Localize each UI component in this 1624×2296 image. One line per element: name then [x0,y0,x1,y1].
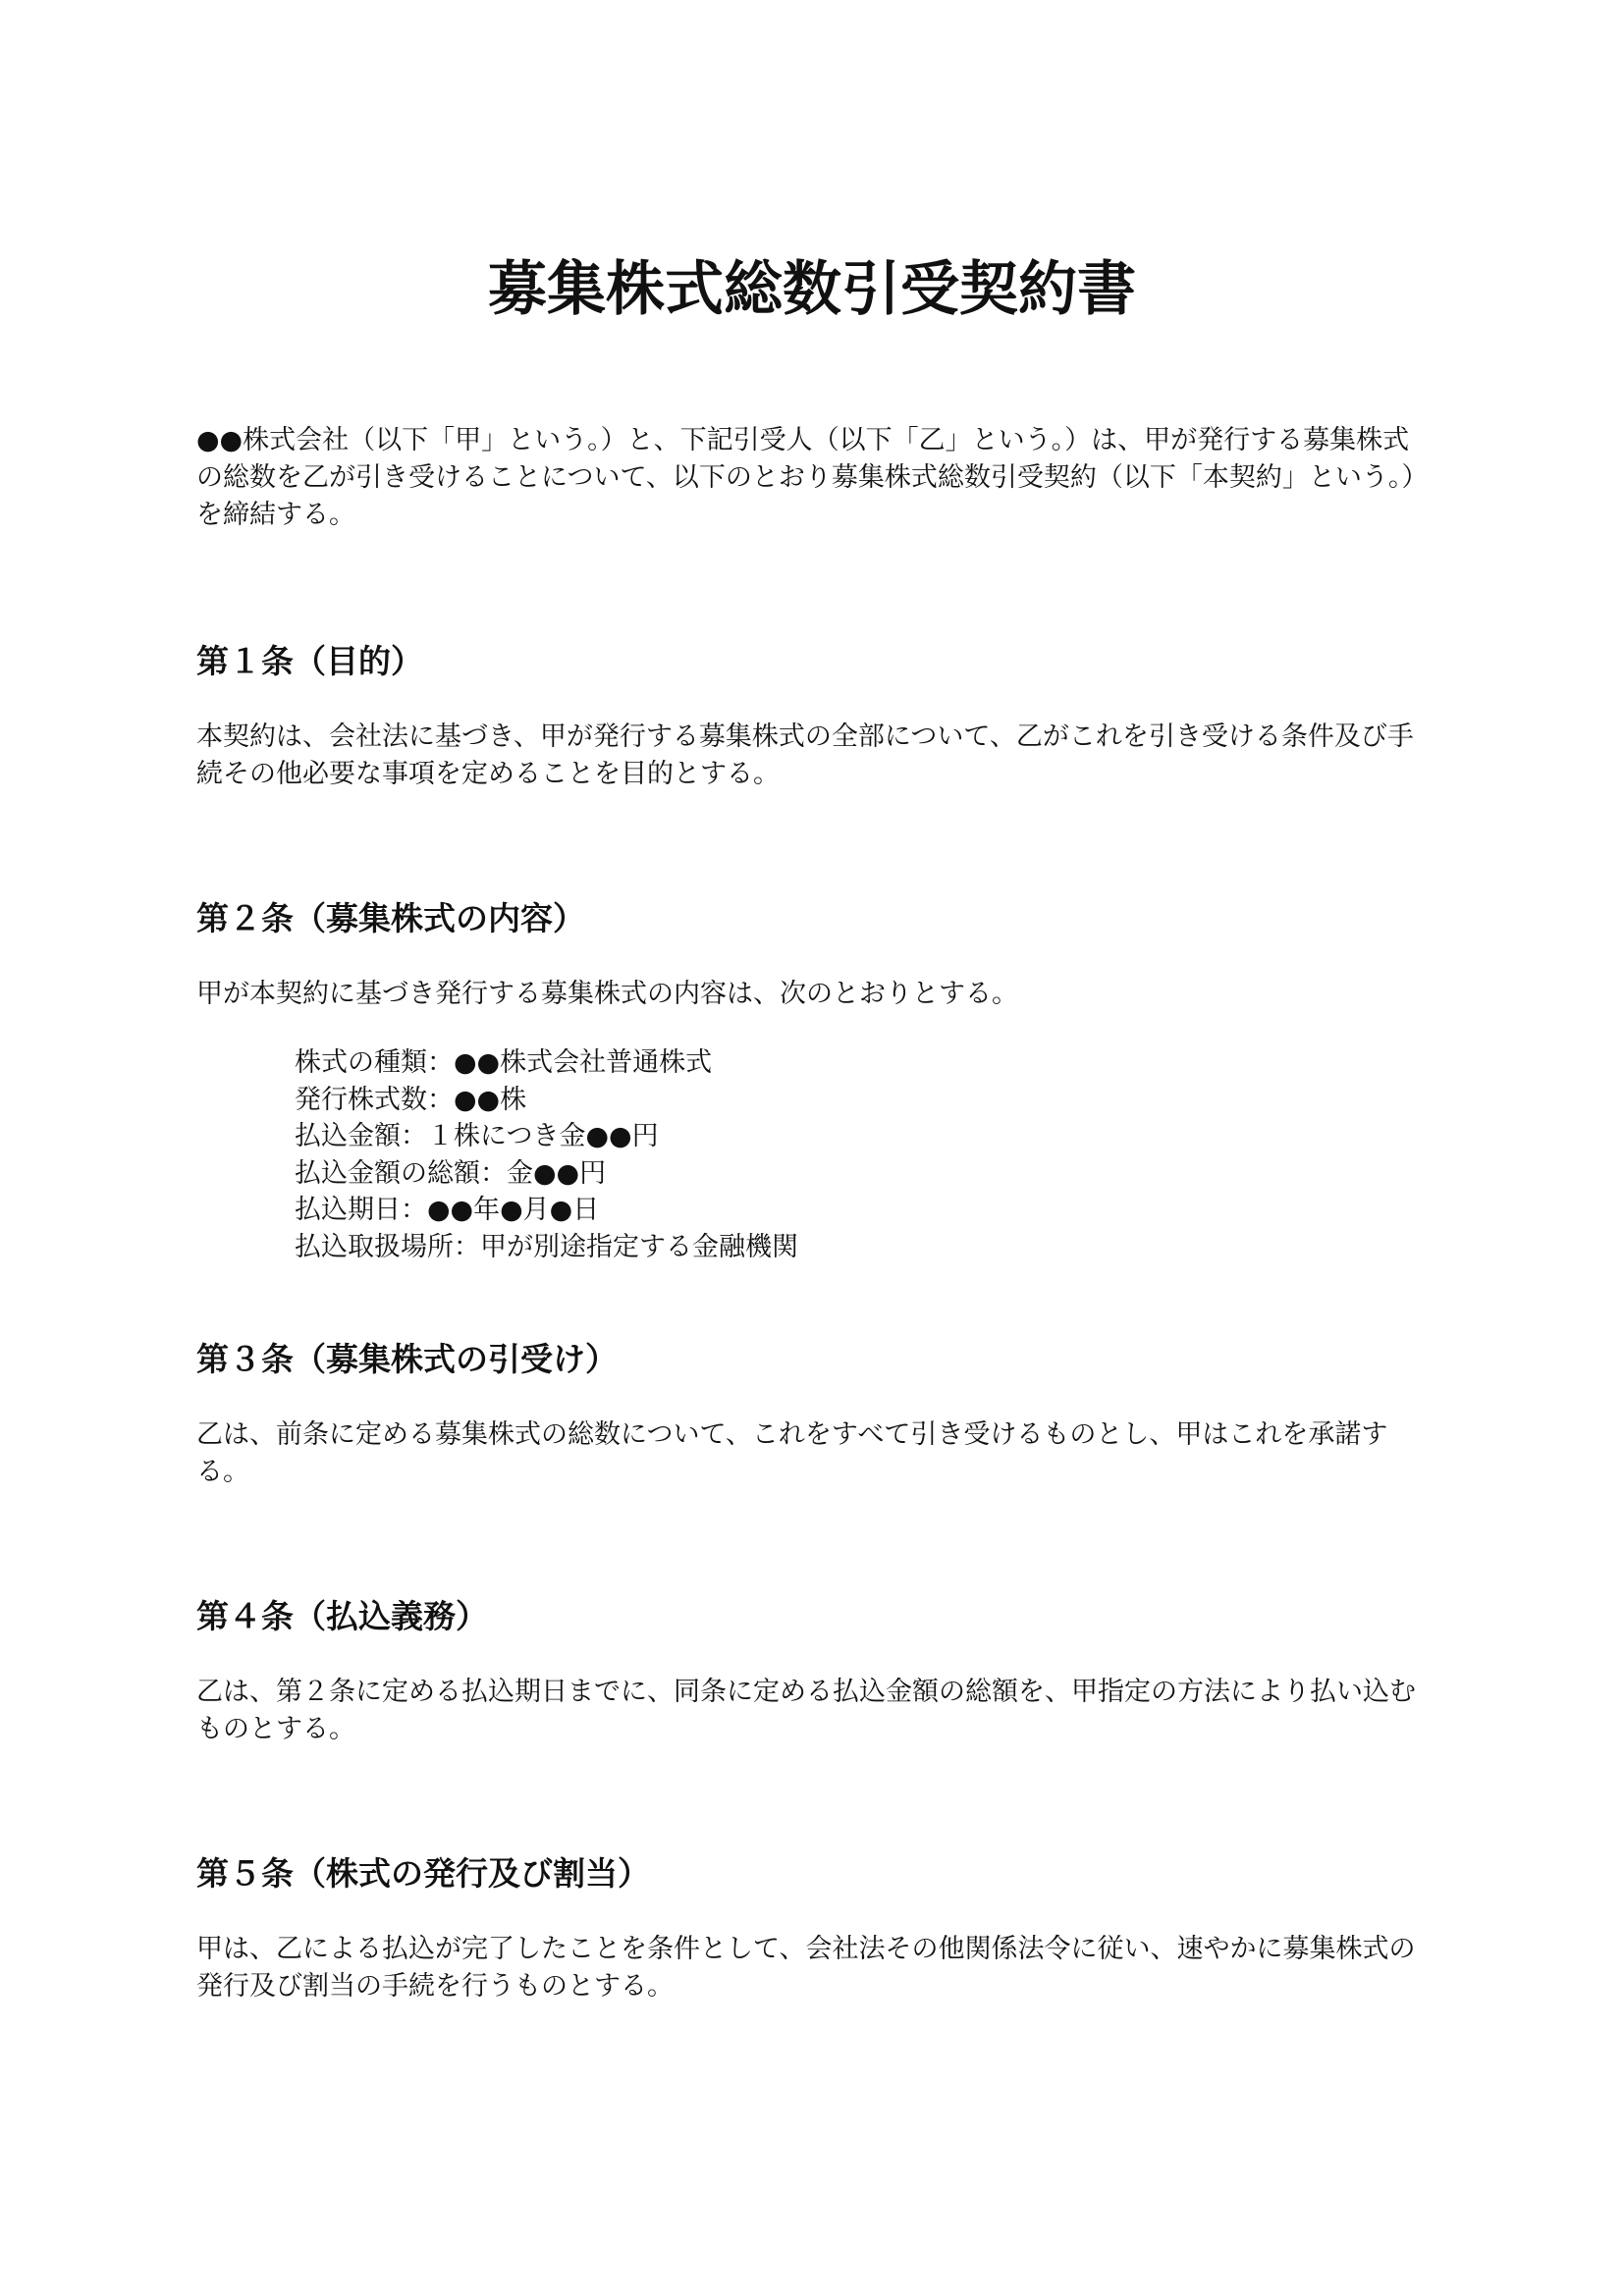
article-body: 甲が本契約に基づき発行する募集株式の内容は、次のとおりとする。 [196,976,1424,1013]
article-body: 甲は、乙による払込が完了したことを条件として、会社法その他関係法令に従い、速やか… [196,1931,1424,2005]
list-item-total-amount: 払込金額の総額：金●●円 [295,1155,1178,1193]
list-item-share-type: 株式の種類：●●株式会社普通株式 [295,1044,1178,1082]
article-heading: 第１条（目的） [196,640,1424,683]
list-item-price-per-share: 払込金額：１株につき金●●円 [295,1118,1178,1155]
share-details-list: 株式の種類：●●株式会社普通株式 発行株式数：●●株 払込金額：１株につき金●●… [295,1044,1178,1265]
article-body: 乙は、第２条に定める払込期日までに、同条に定める払込金額の総額を、甲指定の方法に… [196,1674,1424,1748]
article-heading: 第４条（払込義務） [196,1595,1424,1638]
article-body: 本契約は、会社法に基づき、甲が発行する募集株式の全部について、乙がこれを引き受け… [196,719,1424,793]
list-item-share-count: 発行株式数：●●株 [295,1082,1178,1119]
list-item-payment-date: 払込期日：●●年●月●日 [295,1192,1178,1229]
list-item-payment-place: 払込取扱場所：甲が別途指定する金融機関 [295,1229,1178,1266]
preamble: ●●株式会社（以下「甲」という。）と、下記引受人（以下「乙」という。）は、甲が発… [196,422,1424,534]
article-heading: 第２条（募集株式の内容） [196,897,1424,940]
article-heading: 第５条（株式の発行及び割当） [196,1852,1424,1896]
article-body: 乙は、前条に定める募集株式の総数について、これをすべて引き受けるものとし、甲はこ… [196,1416,1424,1491]
document-page: 募集株式総数引受契約書 ●●株式会社（以下「甲」という。）と、下記引受人（以下「… [0,0,1624,2296]
article-heading: 第３条（募集株式の引受け） [196,1338,1424,1381]
document-title: 募集株式総数引受契約書 [0,250,1624,329]
